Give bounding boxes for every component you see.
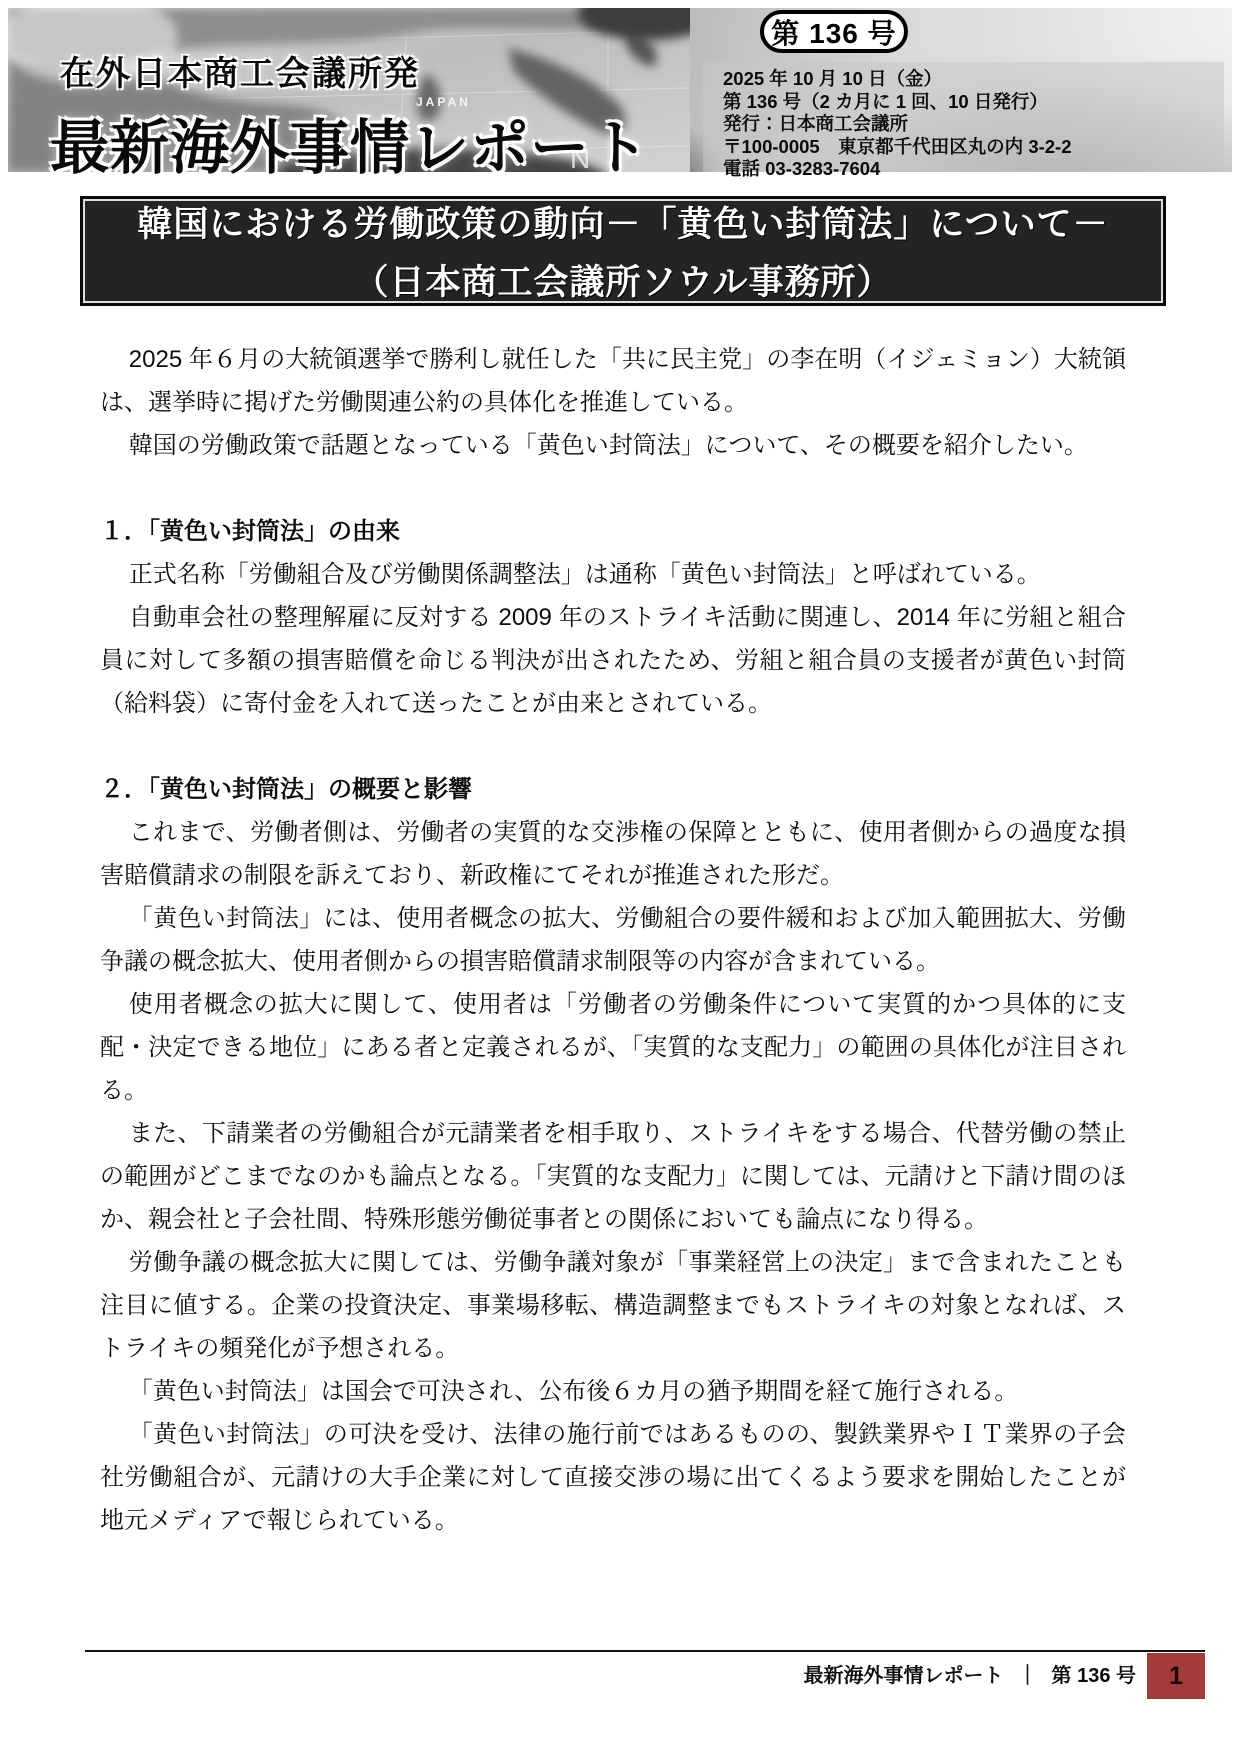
footer-report-name: 最新海外事情レポート — [804, 1665, 1004, 1687]
publisher: 発行：日本商工会議所 — [723, 113, 1224, 136]
footer-running-title: 最新海外事情レポート｜第 136 号 — [804, 1659, 1136, 1688]
newsletter-kicker: 在外日本商工会議所発 — [60, 46, 420, 95]
section-2-paragraph: 労働争議の概念拡大に関しては、労働争議対象が「事業経営上の決定」まで含まれたこと… — [100, 1241, 1126, 1370]
newsletter-title: 最新海外事情レポート — [50, 100, 650, 185]
section-2-paragraph: これまで、労働者側は、労働者の実質的な交渉権の保障とともに、使用者側からの過度な… — [100, 811, 1126, 897]
section-heading-1: １．「黄色い封筒法」の由来 — [100, 510, 1126, 553]
intro-paragraph: 韓国の労働政策で話題となっている「黄色い封筒法」について、その概要を紹介したい。 — [100, 424, 1126, 467]
document-page: JAPAN N 在外日本商工会議所発 最新海外事情レポート 第 136 号 20… — [0, 0, 1240, 1754]
section-2-paragraph: 「黄色い封筒法」の可決を受け、法律の施行前ではあるものの、製鉄業界やＩＴ業界の子… — [100, 1413, 1126, 1542]
publication-info-box: 2025 年 10 月 10 日（金） 第 136 号（2 カ月に 1 回、10… — [703, 62, 1224, 172]
section-2-paragraph: また、下請業者の労働組合が元請業者を相手取り、ストライキをする場合、代替労働の禁… — [100, 1112, 1126, 1241]
section-heading-2: ２．「黄色い封筒法」の概要と影響 — [100, 768, 1126, 811]
section-2-paragraph: 「黄色い封筒法」には、使用者概念の拡大、労働組合の要件緩和および加入範囲拡大、労… — [100, 897, 1126, 983]
publisher-phone: 電話 03-3283-7604 — [723, 158, 1224, 181]
page-number-badge: 1 — [1147, 1653, 1205, 1699]
publisher-address: 〒100-0005 東京都千代田区丸の内 3-2-2 — [723, 136, 1224, 159]
intro-paragraph: 2025 年６月の大統領選挙で勝利し就任した「共に民主党」の李在明（イジェミョン… — [100, 338, 1126, 424]
publication-issue: 第 136 号（2 カ月に 1 回、10 日発行） — [723, 91, 1224, 114]
article-title-block: 韓国における労働政策の動向－「黄色い封筒法」について－ （日本商工会議所ソウル事… — [80, 196, 1166, 306]
article-title-line2: （日本商工会議所ソウル事務所） — [354, 255, 893, 305]
section-2-paragraph: 「黄色い封筒法」は国会で可決され、公布後６カ月の猶予期間を経て施行される。 — [100, 1370, 1126, 1413]
footer-separator: ｜ — [1018, 1665, 1038, 1687]
issue-number-badge: 第 136 号 — [760, 10, 908, 53]
footer-issue: 第 136 号 — [1052, 1665, 1136, 1687]
footer-rule — [85, 1650, 1205, 1652]
article-body: 2025 年６月の大統領選挙で勝利し就任した「共に民主党」の李在明（イジェミョン… — [100, 338, 1126, 1542]
article-title-line1: 韓国における労働政策の動向－「黄色い封筒法」について－ — [137, 197, 1108, 247]
publication-date: 2025 年 10 月 10 日（金） — [723, 68, 1224, 91]
section-1-paragraph: 自動車会社の整理解雇に反対する 2009 年のストライキ活動に関連し、2014 … — [100, 596, 1126, 725]
section-1-paragraph: 正式名称「労働組合及び労働関係調整法」は通称「黄色い封筒法」と呼ばれている。 — [100, 553, 1126, 596]
section-2-paragraph: 使用者概念の拡大に関して、使用者は「労働者の労働条件について実質的かつ具体的に支… — [100, 983, 1126, 1112]
